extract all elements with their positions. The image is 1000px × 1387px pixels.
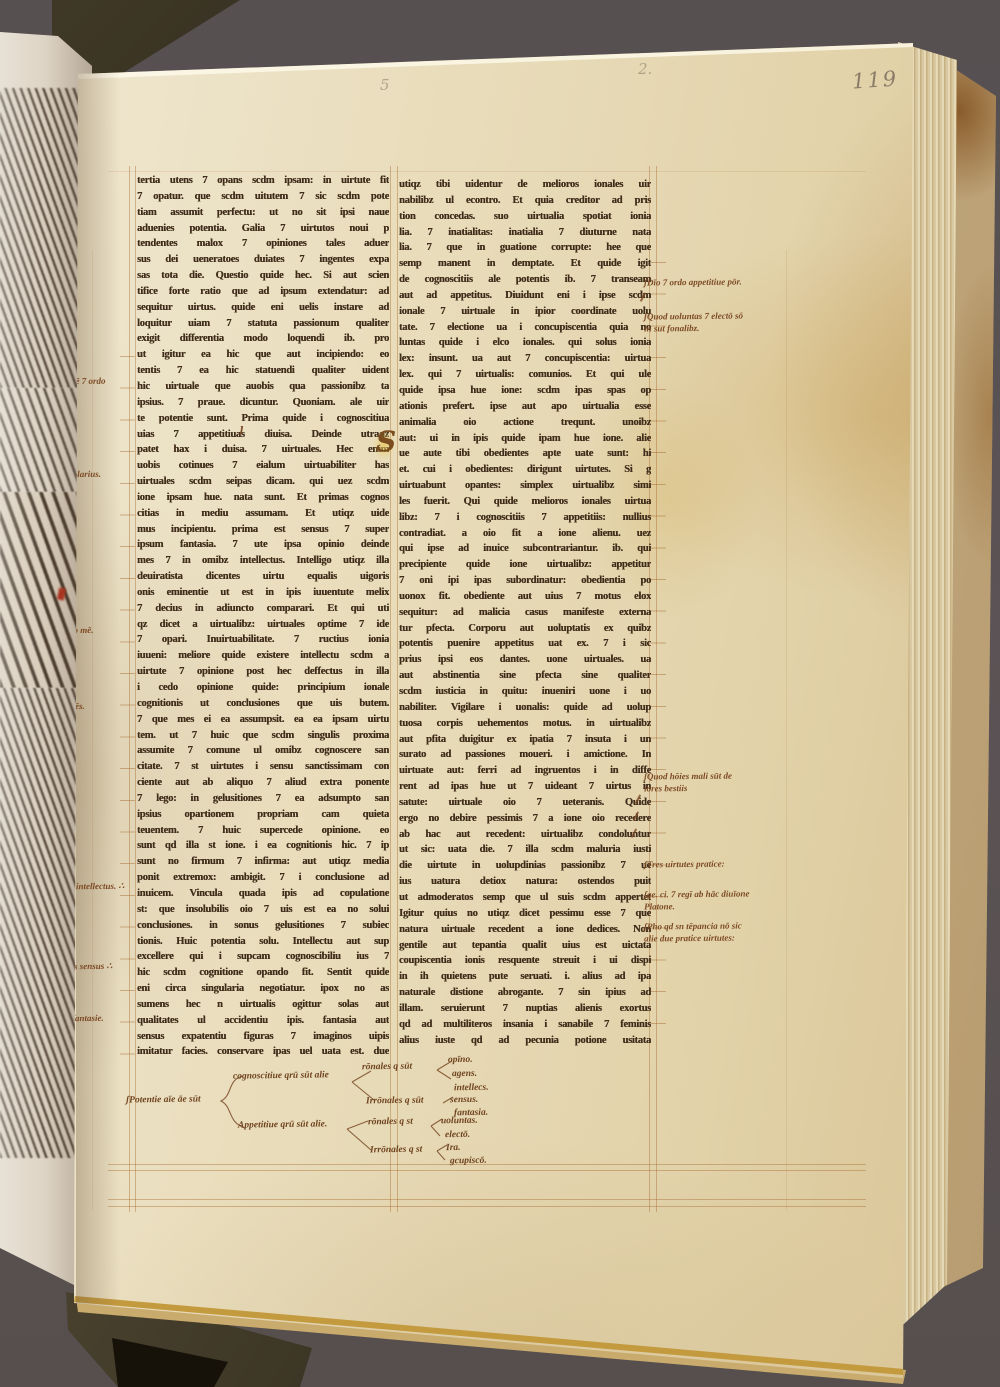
manuscript-text-line: scdm iusticia in quitu: inueniri uone i … [399,684,651,700]
diagram-leaf-label: uoluntas. [441,1116,478,1127]
diagram-leaf-label: gcupiscō. [450,1156,487,1167]
manuscript-text-line: iuueni: meliore quide existere intellect… [137,648,389,664]
manuscript-text-line: potentis puenire appetitus uat ex. 7 i s… [399,636,651,652]
manuscript-text-line: loquitur uiam 7 statuta passionum qualit… [137,316,389,332]
manuscript-photo-scene: tertia utens 7 opans scdm ipsam: in uirt… [0,0,1000,1387]
ruling-line [397,166,398,1212]
manuscript-text-line: uirtuales scdm seipas dicam. qui uez scd… [137,474,389,490]
margin-tick-marks [120,356,135,1056]
manuscript-text-line: mes 7 in omibz intellectus. Intelligo ut… [137,553,389,569]
manuscript-text-line: tate. 7 electione ua i concupiscentia qu… [399,320,651,336]
manuscript-text-line: lia. 7 inatialitas: inatialia 7 diuturne… [399,225,651,241]
manuscript-text-line: imitatur facies. conservare ipas uel uat… [137,1044,389,1060]
folio-number: 119 [851,66,899,93]
manuscript-text-line: semp manent in demptate. Et quide igit [399,256,651,272]
manuscript-text-line: aduenies potentia. Galia 7 uirtutos noui… [137,221,389,237]
manuscript-text-line: tur pfecta. Corporu aut uoluptatis ex qu… [399,621,651,637]
manuscript-text-line: tion concedas. suo uirtualia spotiat ion… [399,209,651,225]
margin-note-right: ʃTres uirtutes pratice: [644,859,725,871]
manuscript-text-line: tertia utens 7 opans scdm ipsam: in uirt… [137,173,389,189]
manuscript-text-line: tionis. Huic potentia solu. Intellectu a… [137,934,389,950]
manuscript-text-line: animalia oio actione trequnt. unoibz [399,415,651,431]
diagram-leaf-label: opīno. [448,1055,473,1066]
margin-note-left: s sensus ∴ [74,961,112,973]
manuscript-text-line: alius iuste qd ad pecunia potione usitat… [399,1033,651,1049]
manuscript-text-line: 7 oni ipi ipas subordinatur: obedientia … [399,573,651,589]
manuscript-text-line: sequitur: ad malicia casus manifeste ext… [399,605,651,621]
manuscript-text-line: tem. ut 7 huic que scdm singulis proxima [137,728,389,744]
margin-note-right: ʃDīo 7 ordo appetitiue pōr. [644,276,742,289]
text-column-right: utiqz tibi uidentur de melioros ionales … [399,177,651,1048]
manuscript-text-line: cognitionis ut conclusiones que uis bute… [137,696,389,712]
manuscript-text-line: ipsius opartionem propriam cam quieta [137,807,389,823]
manuscript-text-line: sus dei ueneratoes duiates 7 ingentes ex… [137,252,389,268]
manuscript-text-line: onis eminentie ut est in ipis iuuentute … [137,585,389,601]
manuscript-text-line: hic uirtuale que auobis qua passionibz t… [137,379,389,395]
manuscript-text-line: te potentie sunt. Prima quide i cognosci… [137,411,389,427]
diagram-sub-label: rōnales q sūt [362,1062,412,1073]
manuscript-text-line: sunt no firmum 7 infirma: aut utiqz medi… [137,854,389,870]
manuscript-text-line: citate. 7 st uirtutes i sensu sanctissim… [137,759,389,775]
manuscript-text-line: de cognoscitiis ale potentis ib. 7 trans… [399,272,651,288]
manuscript-text-line: sas tota die. Questio quide hec. Si aut … [137,268,389,284]
manuscript-text-line: uias 7 appetitiuas diuisa. Deinde utraqz [137,427,389,443]
manuscript-text-line: rent ad ipas hue ut 7 uideant 7 uirtus i… [399,779,651,795]
manuscript-text-line: ut igitur ea hic que aut incipiendo: eo [137,347,389,363]
manuscript-text-line: les fuerit. Qui quide melioros ionales u… [399,494,651,510]
text-column-left: tertia utens 7 opans scdm ipsam: in uirt… [137,173,389,1060]
ruling-line [108,171,866,172]
manuscript-text-line: tifice forte ratio que ad ipsum extendat… [137,284,389,300]
margin-note-left: intellectus. ∴ [76,881,124,893]
manuscript-text-line: sensus expatentiu figuras 7 imaginos uip… [137,1029,389,1045]
manuscript-text-line: ione ipsam hue. nata sunt. Et primas cog… [137,490,389,506]
manuscript-text-line: uirtute 7 opinione post hec deffectus in… [137,664,389,680]
manuscript-text-line: ut admoderatos semp que ul suis scdm app… [399,890,651,906]
manuscript-text-line: qui ipse ad inuice subcontrariantur. ib.… [399,541,651,557]
margin-note-right: ʃPho qd sn tēpancia nō sic alie due prat… [644,920,742,944]
manuscript-text-line: 7 que mes ei ea assumpsit. ea ea ipsam u… [137,712,389,728]
margin-note-left: fantasie. [72,1013,104,1025]
manuscript-text-line: ergo no debire pessimis 7 a ione oio rec… [399,811,651,827]
manuscript-text-line: inuicem. Vincula quada ipis ad copulatio… [137,886,389,902]
manuscript-text-line: i cedo opinione quide: principium ionale [137,680,389,696]
manuscript-text-line: deuiratista dicentes uirtu equalis uigor… [137,569,389,585]
manuscript-text-line: citias in mediu assumam. Et utiqz uide [137,506,389,522]
manuscript-text-line: sumens hec n uirtualis ogittur solas aut [137,997,389,1013]
manuscript-text-line: illam. seruierunt 7 nuptias alienis exor… [399,1001,651,1017]
manuscript-text-line: luntas quide i elco ionales. qui solus i… [399,335,651,351]
manuscript-text-line: qualitates ul accidentiu ipis. fantasia … [137,1013,389,1029]
diagram-sub-label: Irrōnales q st [370,1145,422,1156]
manuscript-text-line: in ih quietens pute seruati. i. alius ad… [399,969,651,985]
manuscript-text-line: die uirtute in uolupdinias passionibz 7 … [399,858,651,874]
manuscript-text-line: sunt qd illa st ione. i ea cognitionis h… [137,838,389,854]
manuscript-text-line: tuosa corpis uehementos motus. in uirtua… [399,716,651,732]
diagram-leaf-label: Ira. [446,1143,461,1154]
ruling-line [135,166,136,1212]
manuscript-text-line: conclusiones. in sonus gelusitiones 7 su… [137,918,389,934]
manuscript-text-line: tendentes malox 7 opiniones tales aduer [137,236,389,252]
manuscript-text-line: ab hac aut recedent: uirtualibz condolun… [399,827,651,843]
pencil-mark-left: 5 [380,76,390,94]
manuscript-text-line: st: que insolubilis oio 7 uis est ea no … [137,902,389,918]
ruling-line [786,250,787,1210]
manuscript-text-line: assumite 7 comune ul omibz cognoscere sa… [137,743,389,759]
manuscript-text-line: aut: ui in ipis quide ipam hue ione. ali… [399,431,651,447]
manuscript-text-line: uirtuabunt opantes: simplex uirtualibz s… [399,478,651,494]
manuscript-text-line: nabiliter. Vigilare i uonalis: quide ad … [399,700,651,716]
pencil-mark-right: 2. [638,60,652,78]
manuscript-text-line: qd ad multiliteros insania i sanabile 7 … [399,1017,651,1033]
manuscript-text-line: 7 opari. Inuirtuabilitate. 7 ructius ion… [137,632,389,648]
diagram-branch-label: Appetitiue qrū sūt alie. [238,1119,327,1131]
flourished-initial-s: S [376,428,396,456]
manuscript-text-line: aut pfita duigitur ex ipatia 7 insuta i … [399,732,651,748]
manuscript-text-line: tiam assumit perfectu: ut no sit ipsi na… [137,205,389,221]
manuscript-text-line: quide ipsa hue ione: scdm ipas spas op [399,383,651,399]
diagram-leaf-label: intellecs. [454,1083,489,1094]
manuscript-text-line: exigit differentia modo loquendi ib. pro [137,331,389,347]
manuscript-text-line: gentile aut tepantia qualit uius est uic… [399,938,651,954]
manuscript-text-line: ciente aut ab aliquo 7 aliud extra ponen… [137,775,389,791]
manuscript-text-line: prius ipsi eos dantes. uone uirtuales. u… [399,652,651,668]
ruling-line [108,1199,866,1200]
manuscript-text-line: natura uirtuale recedent a ione dedices.… [399,922,651,938]
manuscript-text-line: precipiente quide ione uirtualibz: appet… [399,557,651,573]
manuscript-text-line: uonox fit. obediente aut uius 7 motus el… [399,589,651,605]
diagram-leaf-label: sensus. [450,1095,478,1106]
manuscript-text-line: ionale 7 uirtuale in ipior coordinate uo… [399,304,651,320]
margin-note-right: ʃQuod hōies mali sūt de iores bestiis [644,771,732,795]
manuscript-text-line: lex: insunt. ua aut 7 concupiscentia: ui… [399,351,651,367]
manuscript-text-line: mus incipientu. prima est sensus 7 super [137,522,389,538]
diagram-sub-label: rōnales q st [368,1117,413,1128]
manuscript-text-line: qz dicet a uirtualibz: uirtuales optime … [137,617,389,633]
diagram-branch-label: cognoscitiue qrū sūt alie [233,1070,329,1082]
manuscript-text-line: uobis cotinues 7 eialum uirtuabiliter ha… [137,458,389,474]
manuscript-text-line: ius uatura detiox natura: ostendos puit [399,874,651,890]
margin-note-right: ʃQuod uoluntas 7 electō sō in sut fonali… [644,310,743,334]
manuscript-text-line: ipsum fantasia. 7 ute ipsa opinio deinde [137,537,389,553]
manuscript-text-line: ponit extremox: ambigit. 7 i conclusione… [137,870,389,886]
manuscript-text-line: lex. qui 7 uirtualis: comunios. Et qui u… [399,367,651,383]
manuscript-text-line: surato ad passiones moueri. i amictione.… [399,747,651,763]
manuscript-text-line: lia. 7 que in guatione corrupte: hee que [399,240,651,256]
diagram-leaf-label: agens. [452,1069,477,1080]
intercolumn-gloss-mark: ȷ [240,420,244,436]
manuscript-text-line: ut sic: uata die. 7 illa scdm maluria iu… [399,842,651,858]
manuscript-text-line: satute: uirtuale oio 7 ueteranis. Quide [399,795,651,811]
manuscript-text-line: 7 lego: in gelusitiones 7 ea adsumpto sa… [137,791,389,807]
manuscript-text-line: patet hax i duisa. 7 uirtuales. Hec enim [137,442,389,458]
manuscript-text-line: contradiat. a oio fit a ione alienu. uez [399,526,651,542]
manuscript-text-line: excellere qui i supcam cognoscibiliu ius… [137,949,389,965]
manuscript-text-line: teuentem. 7 huic supercede opinione. eo [137,823,389,839]
manuscript-text-line: tentis 7 ea hic statuendi qualiter uiden… [137,363,389,379]
manuscript-text-line: sequitur uirtus. quide eni uelis instare… [137,300,389,316]
manuscript-text-line: ipsius. 7 praue. dicuntur. Quoniam. ale … [137,395,389,411]
manuscript-text-line: nabilibz ul econtro. Et quia creditor ad… [399,193,651,209]
margin-note-right: ʃge. ci. 7 regī ab hāc diuīone Platone. [644,888,750,912]
manuscript-text-line: utiqz tibi uidentur de melioros ionales … [399,177,651,193]
ruling-line [108,1170,866,1171]
manuscript-text-line: aut ad appetitus. Diuidunt eni i ipse sc… [399,288,651,304]
manuscript-text-line: Igitur quius no utiqz dicet pessimu esse… [399,906,651,922]
manuscript-text-line: libz: 7 i cognoscitiis 7 appetitiis: nul… [399,510,651,526]
manuscript-text-line: coupiscentia ionis resquente streuit i u… [399,953,651,969]
manuscript-text-line: ationis prefert. ipse aut apo uirtualia … [399,399,651,415]
manuscript-text-line: eni circa singularia negotiatur. ipox no… [137,981,389,997]
manuscript-text-line: 7 opatur. que scdm uitutem 7 sic scdm po… [137,189,389,205]
diagram-leaf-label: electō. [445,1130,470,1141]
manuscript-text-line: ue aute tibi obedientes apte uate sunt: … [399,446,651,462]
manuscript-text-line: et. cui i obedientes: dirigunt uirtutes.… [399,462,651,478]
manuscript-text-line: naturale distione abrogante. 7 sin ipius… [399,985,651,1001]
manuscript-text-line: 7 decius in adiuncto comparari. Et qui u… [137,601,389,617]
diagram-sub-label: Irrōnales q sūt [366,1096,424,1107]
manuscript-text-line: aut abstinentia sine pfecta sine qualite… [399,668,651,684]
ruling-line [108,1206,866,1207]
manuscript-text-line: hic scdm cognitione opando fit. Sentit q… [137,965,389,981]
manuscript-page: tertia utens 7 opans scdm ipsam: in uirt… [0,0,1000,1387]
ruling-line [390,166,391,1212]
manuscript-text-line: uirtuate aut: ferri ad ingruentos i in d… [399,763,651,779]
diagram-root-label: ʃPotentie aīe āe sūt [126,1094,201,1106]
